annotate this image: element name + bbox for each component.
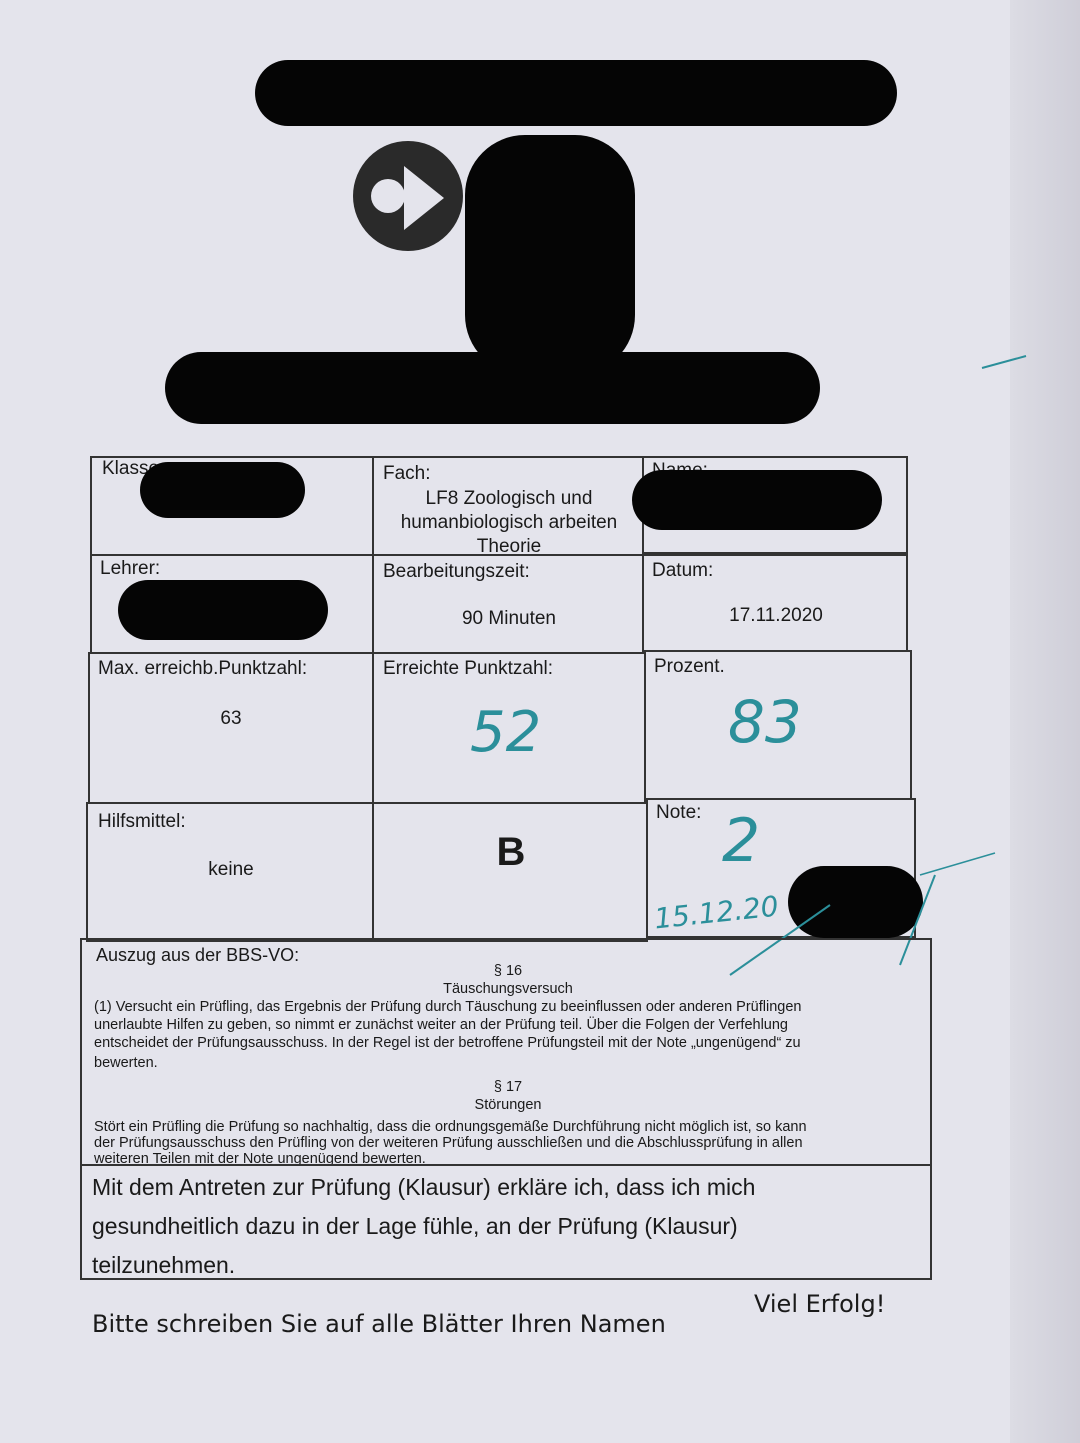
fach-label: Fach: <box>383 463 431 485</box>
erreichte-punkte-value: 52 <box>470 700 541 765</box>
bearbeitungszeit-value: 90 Minuten <box>374 608 644 630</box>
fach-line-3: Theorie <box>374 536 644 558</box>
section-16-number: § 16 <box>82 962 934 980</box>
hilfsmittel-value: keine <box>90 859 372 881</box>
declaration-line-3: teilzunehmen. <box>92 1246 892 1285</box>
max-punkte-value: 63 <box>90 708 372 730</box>
redaction-subtitle <box>165 352 820 424</box>
erreichte-punkte-label: Erreichte Punktzahl: <box>383 658 553 680</box>
prozent-value: 83 <box>728 688 802 756</box>
redaction-school <box>465 135 635 375</box>
variant-letter: B <box>374 830 648 875</box>
bearbeitungszeit-label: Bearbeitungszeit: <box>383 561 530 583</box>
section-16-line-2: unerlaubte Hilfen zu geben, so nimmt er … <box>94 1016 788 1034</box>
prozent-label: Prozent. <box>654 656 725 678</box>
hilfsmittel-label: Hilfsmittel: <box>98 811 186 833</box>
fach-line-2: humanbiologisch arbeiten <box>374 512 644 534</box>
section-17-heading: Störungen <box>82 1096 934 1114</box>
section-17-number: § 17 <box>82 1078 934 1096</box>
redaction-lehrer <box>118 580 328 640</box>
fach-line-1: LF8 Zoologisch und <box>374 488 644 510</box>
redaction-title <box>255 60 897 126</box>
datum-value: 17.11.2020 <box>644 605 908 627</box>
datum-label: Datum: <box>652 560 713 582</box>
note-label: Note: <box>656 802 701 824</box>
lehrer-label: Lehrer: <box>100 558 160 580</box>
declaration-text: Mit dem Antreten zur Prüfung (Klausur) e… <box>92 1168 892 1285</box>
redaction-klasse <box>140 462 305 518</box>
footer-instruction: Bitte schreiben Sie auf alle Blätter Ihr… <box>92 1310 666 1338</box>
section-16-line-4: bewerten. <box>94 1054 158 1072</box>
circle-play-logo-icon <box>352 140 464 252</box>
declaration-line-1: Mit dem Antreten zur Prüfung (Klausur) e… <box>92 1168 892 1207</box>
declaration-line-2: gesundheitlich dazu in der Lage fühle, a… <box>92 1207 892 1246</box>
margin-tick <box>980 352 1030 372</box>
health-declaration-box: Mit dem Antreten zur Prüfung (Klausur) e… <box>80 1164 932 1280</box>
footer-wish: Viel Erfolg! <box>754 1290 885 1318</box>
section-16-line-3: entscheidet der Prüfungsausschuss. In de… <box>94 1034 801 1052</box>
max-punkte-label: Max. erreichb.Punktzahl: <box>98 658 307 680</box>
paper-stack-edge <box>1010 0 1080 1443</box>
section-16-heading: Täuschungsversuch <box>82 980 934 998</box>
redaction-name <box>632 470 882 530</box>
section-16-line-1: (1) Versucht ein Prüfling, das Ergebnis … <box>94 998 801 1016</box>
legal-excerpt-box: Auszug aus der BBS-VO: § 16 Täuschungsve… <box>80 938 932 1166</box>
